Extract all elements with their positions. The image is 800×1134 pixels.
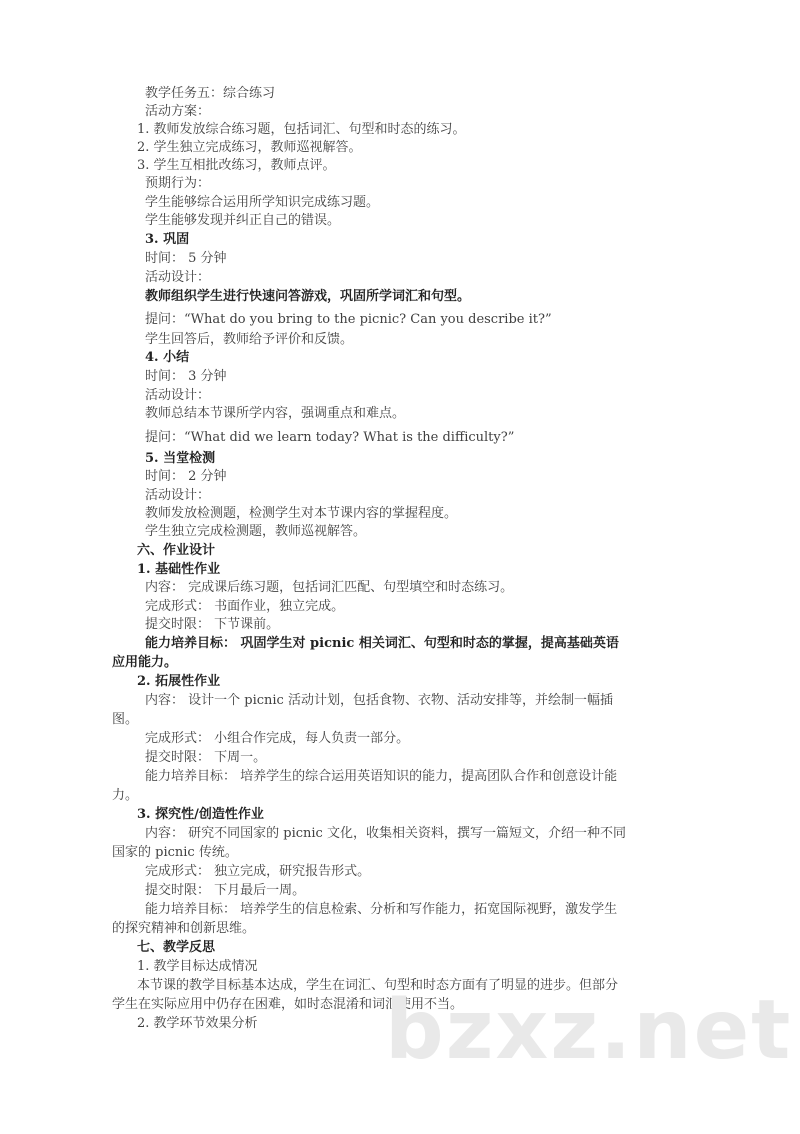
homework-basic-deadline: 提交时限： 下节课前。 xyxy=(145,617,279,633)
consolidate-question: 提问：“What do you bring to the picnic? Can… xyxy=(145,312,552,328)
homework-inquiry-deadline: 提交时限： 下月最后一周。 xyxy=(145,883,305,899)
homework-inquiry-goal-2: 的探究精神和创新思维。 xyxy=(112,921,255,937)
homework-extended-goal-2: 力。 xyxy=(112,788,138,804)
consolidate-time: 时间： 5 分钟 xyxy=(145,251,227,267)
task5-expected-2: 学生能够发现并纠正自己的错误。 xyxy=(145,213,340,229)
homework-inquiry-form: 完成形式： 独立完成，研究报告形式。 xyxy=(145,864,370,880)
task5-title: 教学任务五：综合练习 xyxy=(145,86,275,102)
summary-design-label: 活动设计： xyxy=(145,388,210,404)
homework-basic-heading: 1. 基础性作业 xyxy=(137,562,220,578)
homework-basic-goal-2: 应用能力。 xyxy=(112,655,177,671)
test-line-2: 学生独立完成检测题，教师巡视解答。 xyxy=(145,524,366,540)
consolidate-design-label: 活动设计： xyxy=(145,270,210,286)
homework-basic-content: 内容： 完成课后练习题，包括词汇匹配、句型填空和时态练习。 xyxy=(145,580,513,596)
consolidate-design: 教师组织学生进行快速问答游戏，巩固所学词汇和句型。 xyxy=(145,289,470,305)
reflection-heading: 七、教学反思 xyxy=(137,940,215,956)
homework-extended-content-2: 图。 xyxy=(112,712,138,728)
task5-step-2: 2. 学生独立完成练习，教师巡视解答。 xyxy=(137,140,362,156)
homework-basic-form: 完成形式： 书面作业，独立完成。 xyxy=(145,599,344,615)
homework-inquiry-goal-1: 能力培养目标： 培养学生的信息检索、分析和写作能力，拓宽国际视野，激发学生 xyxy=(145,902,617,918)
summary-time: 时间： 3 分钟 xyxy=(145,369,227,385)
reflection-item-2: 2. 教学环节效果分析 xyxy=(137,1016,258,1032)
task5-step-1: 1. 教师发放综合练习题，包括词汇、句型和时态的练习。 xyxy=(137,122,466,138)
homework-extended-heading: 2. 拓展性作业 xyxy=(137,674,220,690)
task5-expected-label: 预期行为： xyxy=(145,176,210,192)
task5-step-3: 3. 学生互相批改练习，教师点评。 xyxy=(137,158,336,174)
summary-design: 教师总结本节课所学内容，强调重点和难点。 xyxy=(145,406,405,422)
document-page: 教学任务五：综合练习 活动方案： 1. 教师发放综合练习题，包括词汇、句型和时态… xyxy=(0,0,800,1134)
task5-plan-label: 活动方案： xyxy=(145,104,210,120)
homework-extended-content-1: 内容： 设计一个 picnic 活动计划，包括食物、衣物、活动安排等，并绘制一幅… xyxy=(145,693,613,709)
homework-heading: 六、作业设计 xyxy=(137,543,215,559)
test-heading: 5. 当堂检测 xyxy=(145,451,215,467)
homework-inquiry-content-2: 国家的 picnic 传统。 xyxy=(112,845,238,861)
reflection-item-1: 1. 教学目标达成情况 xyxy=(137,959,258,975)
consolidate-feedback: 学生回答后，教师给予评价和反馈。 xyxy=(145,332,353,348)
task5-expected-1: 学生能够综合运用所学知识完成练习题。 xyxy=(145,195,379,211)
homework-inquiry-heading: 3. 探究性/创造性作业 xyxy=(137,807,264,823)
homework-basic-goal-1: 能力培养目标： 巩固学生对 picnic 相关词汇、句型和时态的掌握，提高基础英… xyxy=(145,636,619,652)
homework-extended-form: 完成形式： 小组合作完成，每人负责一部分。 xyxy=(145,731,409,747)
test-line-1: 教师发放检测题，检测学生对本节课内容的掌握程度。 xyxy=(145,506,457,522)
homework-extended-deadline: 提交时限： 下周一。 xyxy=(145,750,266,766)
test-design-label: 活动设计： xyxy=(145,488,210,504)
summary-question: 提问：“What did we learn today? What is the… xyxy=(145,430,514,446)
homework-extended-goal-1: 能力培养目标： 培养学生的综合运用英语知识的能力，提高团队合作和创意设计能 xyxy=(145,769,617,785)
watermark: bzxz.net xyxy=(385,990,792,1072)
test-time: 时间： 2 分钟 xyxy=(145,469,227,485)
consolidate-heading: 3. 巩固 xyxy=(145,232,189,248)
homework-inquiry-content-1: 内容： 研究不同国家的 picnic 文化，收集相关资料，撰写一篇短文，介绍一种… xyxy=(145,826,626,842)
summary-heading: 4. 小结 xyxy=(145,350,189,366)
